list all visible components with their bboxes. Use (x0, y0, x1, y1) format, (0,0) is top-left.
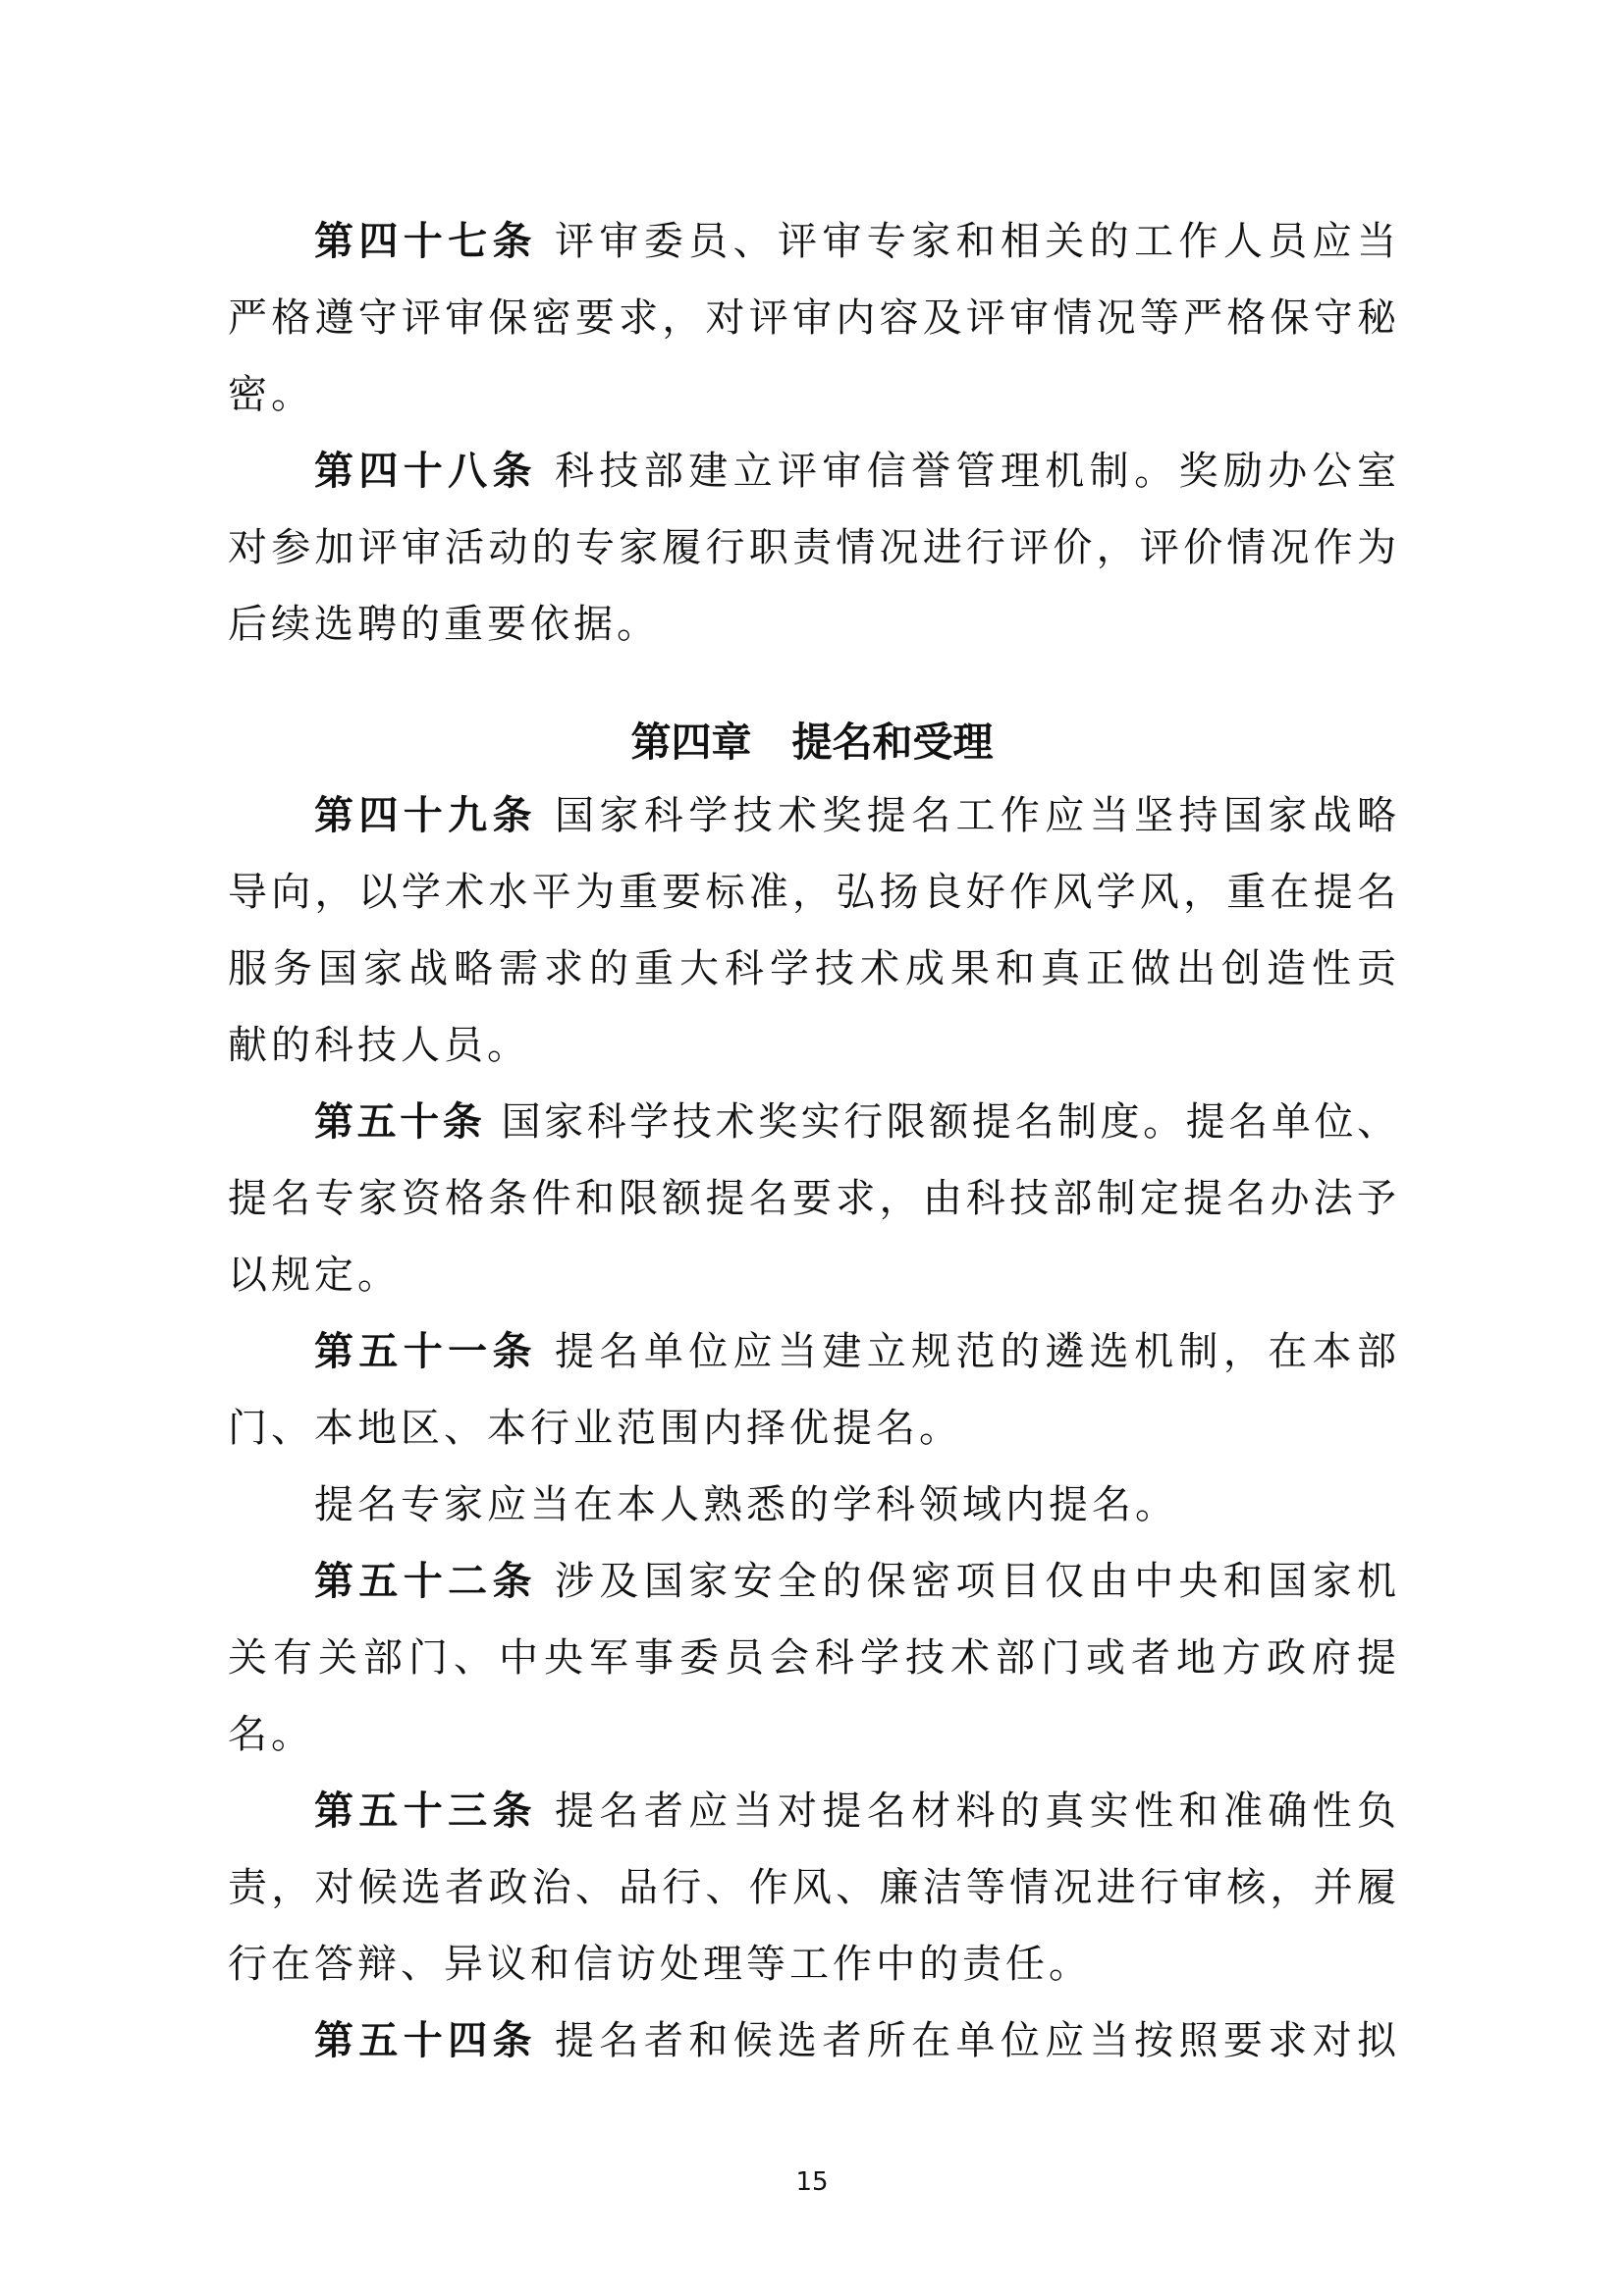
article-50-line-3: 以规定。 (228, 1252, 1396, 1328)
article-49-line-1: 第​四​十​九​条 国​家​科​学​技​术​奖​提​名​工​作​应​当​坚​持​… (314, 792, 1396, 869)
article-48-line-3: 后续选聘的重要依据。 (228, 601, 1396, 677)
document-page: 第​四​十​七​条 评​审​委​员​、​评​审​专​家​和​相​关​的​工​作​… (0, 0, 1624, 2296)
article-51-line-1: 第​五​十​一​条 提​名​单​位​应​当​建​立​规​范​的​遴​选​机​制​… (314, 1328, 1396, 1405)
article-47-line-1: 第​四​十​七​条 评​审​委​员​、​评​审​专​家​和​相​关​的​工​作​… (314, 218, 1396, 294)
article-label: 第​五​十​一​条 (314, 1329, 537, 1374)
article-label: 第​四​十​八​条 (314, 449, 537, 494)
article-47-line-3: 密。 (228, 371, 1396, 448)
article-text: 评​审​委​员​、​评​审​专​家​和​相​关​的​工​作​人​员​应​当 (555, 219, 1396, 264)
article-label: 第​四​十​七​条 (314, 219, 537, 264)
article-text: 提​名​者​和​候​选​者​所​在​单​位​应​当​按​照​要​求​对​拟 (555, 2018, 1396, 2063)
article-53-line-1: 第​五​十​三​条 提​名​者​应​当​对​提​名​材​料​的​真​实​性​和​… (314, 1788, 1396, 1864)
article-52-line-2: 关​有​关​部​门​、​中​央​军​事​委​员​会​科​学​技​术​部​门​或​… (228, 1634, 1396, 1711)
article-51-line-2: 门、本地区、本行业范围内择优提名。 (228, 1405, 1396, 1481)
article-50-line-1: 第​五​十​条 国​家​科​学​技​术​奖​实​行​限​额​提​名​制​度​。​… (314, 1098, 1396, 1175)
article-label: 第​五​十​条 (314, 1099, 485, 1145)
article-53-line-3: 行在答辩、异议和信访处理等工作中的责任。 (228, 1941, 1396, 2017)
article-49-line-3: 服​务​国​家​战​略​需​求​的​重​大​科​学​技​术​成​果​和​真​正​… (228, 945, 1396, 1022)
article-label: 第​五​十​三​条 (314, 1789, 537, 1834)
article-50-line-2: 提​名​专​家​资​格​条​件​和​限​额​提​名​要​求​，​由​科​技​部​… (228, 1175, 1396, 1252)
article-52-line-1: 第​五​十​二​条 涉​及​国​家​安​全​的​保​密​项​目​仅​由​中​央​… (314, 1558, 1396, 1634)
article-52-line-3: 名。 (228, 1711, 1396, 1788)
chapter-heading: 第四章 提名和受理 (0, 715, 1624, 770)
article-48-line-1: 第​四​十​八​条 科​技​部​建​立​评​审​信​誉​管​理​机​制​。​奖​… (314, 448, 1396, 524)
article-label: 第​五​十​二​条 (314, 1559, 537, 1604)
article-49-line-2: 导​向​，​以​学​术​水​平​为​重​要​标​准​，​弘​扬​良​好​作​风​… (228, 869, 1396, 945)
article-51-paragraph-2: 提名专家应当在本人熟悉的学科领域内提名。 (314, 1481, 1396, 1558)
article-text: 国​家​科​学​技​术​奖​提​名​工​作​应​当​坚​持​国​家​战​略 (555, 793, 1396, 838)
article-47-line-2: 严​格​遵​守​评​审​保​密​要​求​，​对​评​审​内​容​及​评​审​情​… (228, 294, 1396, 371)
article-label: 第​四​十​九​条 (314, 793, 537, 838)
article-54-line-1: 第​五​十​四​条 提​名​者​和​候​选​者​所​在​单​位​应​当​按​照​… (314, 2017, 1396, 2094)
article-53-line-2: 责​，​对​候​选​者​政​治​、​品​行​、​作​风​、​廉​洁​等​情​况​… (228, 1864, 1396, 1941)
article-48-line-2: 对​参​加​评​审​活​动​的​专​家​履​行​职​责​情​况​进​行​评​价​… (228, 524, 1396, 601)
article-label: 第​五​十​四​条 (314, 2018, 537, 2063)
article-text: 涉​及​国​家​安​全​的​保​密​项​目​仅​由​中​央​和​国​家​机 (555, 1559, 1396, 1604)
article-49-line-4: 献的科技人员。 (228, 1022, 1396, 1098)
page-number: 15 (0, 2165, 1624, 2199)
article-text: 科​技​部​建​立​评​审​信​誉​管​理​机​制​。​奖​励​办​公​室 (555, 449, 1396, 494)
article-text: 提​名​者​应​当​对​提​名​材​料​的​真​实​性​和​准​确​性​负 (555, 1789, 1396, 1834)
article-text: 国​家​科​学​技​术​奖​实​行​限​额​提​名​制​度​。​提​名​单​位​… (502, 1099, 1396, 1145)
article-text: 提​名​单​位​应​当​建​立​规​范​的​遴​选​机​制​，​在​本​部 (555, 1329, 1396, 1374)
